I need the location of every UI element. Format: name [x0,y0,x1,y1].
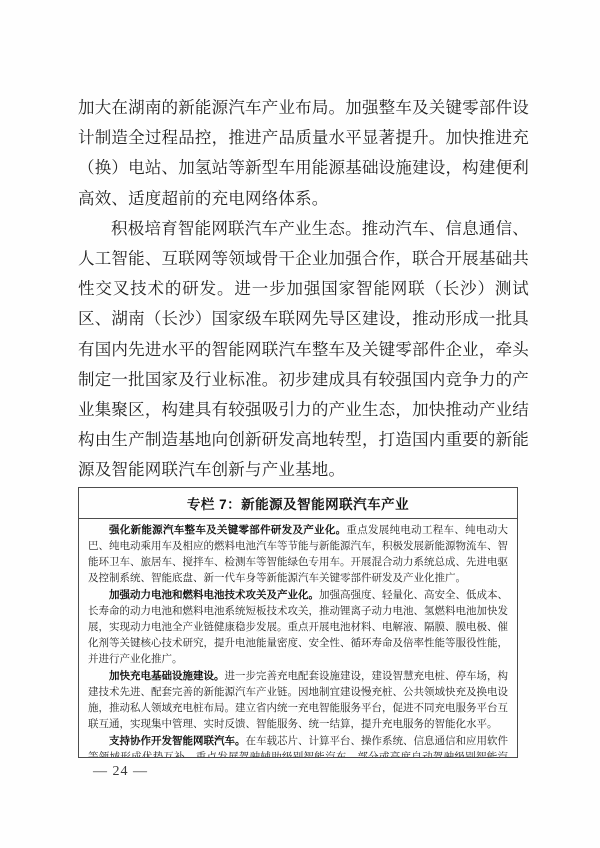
feature-column-box: 专栏 7：新能源及智能网联汽车产业 强化新能源汽车整车及关键零部件研发及产业化。… [78,487,518,758]
box-section-battery: 加强动力电池和燃料电池技术攻关及产业化。加强高强度、轻量化、高安全、低成本、长寿… [88,587,508,668]
box-section-charging: 加快充电基础设施建设。进一步完善充电配套设施建设，建设智慧充电桩、停车场，构建技… [88,668,508,733]
box-section-vehicle-rd: 强化新能源汽车整车及关键零部件研发及产业化。重点发展纯电动工程车、纯电动大巴、纯… [88,522,508,587]
box-section-lead: 强化新能源汽车整车及关键零部件研发及产业化。 [109,524,346,536]
page-number: — 24 — [93,764,148,780]
box-section-icv: 支持协作开发智能网联汽车。在车载芯片、计算平台、操作系统、信息通信和应用软件等领… [88,733,508,758]
box-section-text: 加强高强度、轻量化、高安全、低成本、长寿命的动力电池和燃料电池系统短板技术攻关，… [88,590,508,665]
column-box-body: 强化新能源汽车整车及关键零部件研发及产业化。重点发展纯电动工程车、纯电动大巴、纯… [79,519,517,758]
body-text-column: 加大在湖南的新能源汽车产业布局。加强整车及关键零部件设计制造全过程品控，推进产品… [78,93,529,486]
box-section-lead: 加快充电基础设施建设。 [109,670,225,682]
body-paragraph: 积极培育智能网联汽车产业生态。推动汽车、信息通信、人工智能、互联网等领域骨干企业… [78,214,529,486]
body-paragraph-continuation: 加大在湖南的新能源汽车产业布局。加强整车及关键零部件设计制造全过程品控，推进产品… [78,93,529,214]
document-page: 加大在湖南的新能源汽车产业布局。加强整车及关键零部件设计制造全过程品控，推进产品… [0,0,600,848]
box-section-lead: 支持协作开发智能网联汽车。 [109,735,246,747]
box-section-lead: 加强动力电池和燃料电池技术攻关及产业化。 [109,589,319,601]
column-box-title: 专栏 7：新能源及智能网联汽车产业 [79,488,517,519]
